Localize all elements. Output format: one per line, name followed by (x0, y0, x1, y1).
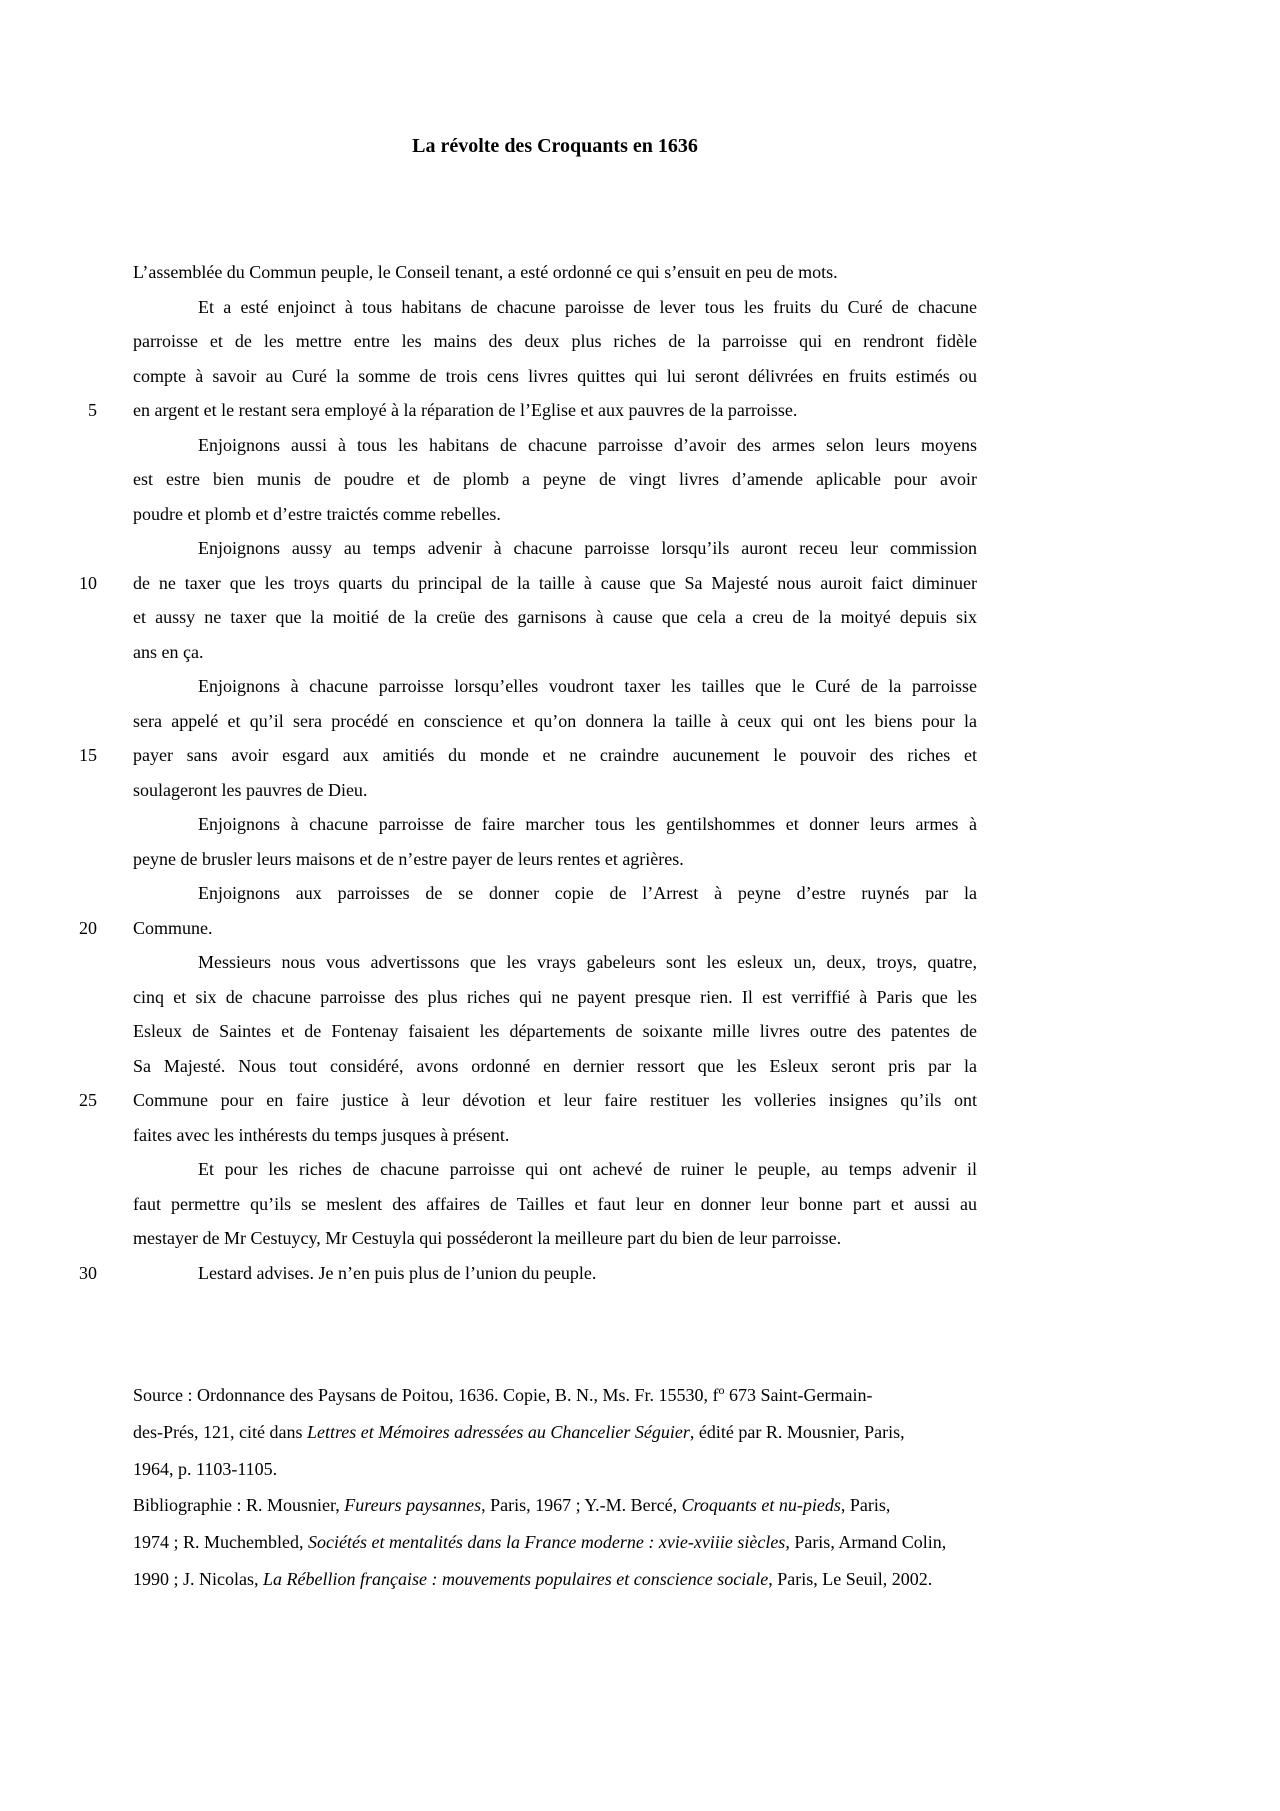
line-text: L’assemblée du Commun peuple, le Conseil… (133, 255, 977, 290)
line-number (60, 324, 133, 359)
text-line: Enjoignons aussi à tous les habitans de … (60, 428, 977, 463)
text-line: 25Commune pour en faire justice à leur d… (60, 1083, 977, 1118)
line-text: parroisse et de les mettre entre les mai… (133, 324, 977, 359)
text-line: et aussy ne taxer que la moitié de la cr… (60, 600, 977, 635)
page-title: La révolte des Croquants en 1636 (133, 134, 977, 158)
citation-text-segment: 1964, p. 1103-1105. (133, 1459, 277, 1479)
source-block: Source : Ordonnance des Paysans de Poito… (133, 1377, 1093, 1488)
line-text: ans en ça. (133, 635, 977, 670)
line-number (60, 497, 133, 532)
text-line: ans en ça. (60, 635, 977, 670)
line-text: compte à savoir au Curé la somme de troi… (133, 359, 977, 394)
line-text: Enjoignons aux parroisses de se donner c… (133, 876, 977, 911)
line-text: Enjoignons à chacune parroisse lorsqu’el… (133, 669, 977, 704)
line-number (60, 842, 133, 877)
text-line: 15payer sans avoir esgard aux amitiés du… (60, 738, 977, 773)
line-text: peyne de brusler leurs maisons et de n’e… (133, 842, 977, 877)
line-text: de ne taxer que les troys quarts du prin… (133, 566, 977, 601)
line-text: faut permettre qu’ils se meslent des aff… (133, 1187, 977, 1222)
text-line: 10de ne taxer que les troys quarts du pr… (60, 566, 977, 601)
citation-text-segment: des-Prés, 121, cité dans (133, 1422, 307, 1442)
citation-text-segment: 673 Saint-Germain- (724, 1385, 872, 1405)
line-text: Enjoignons aussi à tous les habitans de … (133, 428, 977, 463)
line-text: et aussy ne taxer que la moitié de la cr… (133, 600, 977, 635)
line-text: Messieurs nous vous advertissons que les… (133, 945, 977, 980)
text-line: L’assemblée du Commun peuple, le Conseil… (60, 255, 977, 290)
citation-text-segment: , Paris, Le Seuil, 2002. (768, 1569, 932, 1589)
text-line: Enjoignons à chacune parroisse lorsqu’el… (60, 669, 977, 704)
line-number (60, 531, 133, 566)
line-number (60, 428, 133, 463)
line-text: Sa Majesté. Nous tout considéré, avons o… (133, 1049, 977, 1084)
line-number: 15 (60, 738, 133, 773)
line-number (60, 1221, 133, 1256)
line-text: Commune pour en faire justice à leur dév… (133, 1083, 977, 1118)
line-text: mestayer de Mr Cestuycy, Mr Cestuyla qui… (133, 1221, 977, 1256)
body-text: L’assemblée du Commun peuple, le Conseil… (60, 255, 977, 1290)
line-number: 5 (60, 393, 133, 428)
text-line: est estre bien munis de poudre et de plo… (60, 462, 977, 497)
bibliography-block: Bibliographie : R. Mousnier, Fureurs pay… (133, 1487, 1093, 1598)
text-line: 30Lestard advises. Je n’en puis plus de … (60, 1256, 977, 1291)
citation-italic-segment: Croquants et nu-pieds (682, 1495, 841, 1515)
line-text: est estre bien munis de poudre et de plo… (133, 462, 977, 497)
line-number (60, 462, 133, 497)
line-text: Enjoignons aussy au temps advenir à chac… (133, 531, 977, 566)
line-number (60, 945, 133, 980)
line-number (60, 876, 133, 911)
text-line: faites avec les inthérests du temps jusq… (60, 1118, 977, 1153)
line-number (60, 1118, 133, 1153)
line-text: Et a esté enjoinct à tous habitans de ch… (133, 290, 977, 325)
citation-text-segment: Bibliographie : R. Mousnier, (133, 1495, 344, 1515)
line-number (60, 1187, 133, 1222)
text-line: cinq et six de chacune parroisse des plu… (60, 980, 977, 1015)
citation-text-segment: , Paris, 1967 ; Y.-M. Bercé, (481, 1495, 681, 1515)
line-number (60, 1014, 133, 1049)
line-number (60, 1049, 133, 1084)
text-line: sera appelé et qu’il sera procédé en con… (60, 704, 977, 739)
text-line: faut permettre qu’ils se meslent des aff… (60, 1187, 977, 1222)
line-text: payer sans avoir esgard aux amitiés du m… (133, 738, 977, 773)
line-number (60, 290, 133, 325)
text-line: parroisse et de les mettre entre les mai… (60, 324, 977, 359)
text-line: Enjoignons aux parroisses de se donner c… (60, 876, 977, 911)
line-number (60, 359, 133, 394)
text-line: Enjoignons aussy au temps advenir à chac… (60, 531, 977, 566)
line-text: Et pour les riches de chacune parroisse … (133, 1152, 977, 1187)
text-line: poudre et plomb et d’estre traictés comm… (60, 497, 977, 532)
line-number (60, 669, 133, 704)
text-line: Esleux de Saintes et de Fontenay faisaie… (60, 1014, 977, 1049)
text-line: Et pour les riches de chacune parroisse … (60, 1152, 977, 1187)
text-line: 5en argent et le restant sera employé à … (60, 393, 977, 428)
document-page: La révolte des Croquants en 1636 L’assem… (0, 0, 1280, 1811)
citation-line: Bibliographie : R. Mousnier, Fureurs pay… (133, 1487, 1093, 1524)
line-text: Esleux de Saintes et de Fontenay faisaie… (133, 1014, 977, 1049)
citation-text-segment: , Paris, (841, 1495, 891, 1515)
line-number (60, 807, 133, 842)
line-text: poudre et plomb et d’estre traictés comm… (133, 497, 977, 532)
line-text: Commune. (133, 911, 977, 946)
line-text: soulageront les pauvres de Dieu. (133, 773, 977, 808)
line-text: cinq et six de chacune parroisse des plu… (133, 980, 977, 1015)
line-number: 10 (60, 566, 133, 601)
line-number: 25 (60, 1083, 133, 1118)
line-number (60, 255, 133, 290)
citation-text-segment: 1990 ; J. Nicolas, (133, 1569, 263, 1589)
line-text: Enjoignons à chacune parroisse de faire … (133, 807, 977, 842)
citation-text-segment: Source : Ordonnance des Paysans de Poito… (133, 1385, 718, 1405)
line-text: en argent et le restant sera employé à l… (133, 393, 977, 428)
text-line: compte à savoir au Curé la somme de troi… (60, 359, 977, 394)
text-line: Messieurs nous vous advertissons que les… (60, 945, 977, 980)
line-text: sera appelé et qu’il sera procédé en con… (133, 704, 977, 739)
citation-line: Source : Ordonnance des Paysans de Poito… (133, 1377, 1093, 1414)
citation-line: 1990 ; J. Nicolas, La Rébellion français… (133, 1561, 1093, 1598)
citation-italic-segment: Lettres et Mémoires adressées au Chancel… (307, 1422, 690, 1442)
citation-italic-segment: La Rébellion française : mouvements popu… (263, 1569, 768, 1589)
text-line: Et a esté enjoinct à tous habitans de ch… (60, 290, 977, 325)
line-text: faites avec les inthérests du temps jusq… (133, 1118, 977, 1153)
line-number (60, 635, 133, 670)
text-line: Enjoignons à chacune parroisse de faire … (60, 807, 977, 842)
text-line: mestayer de Mr Cestuycy, Mr Cestuyla qui… (60, 1221, 977, 1256)
citation-italic-segment: Fureurs paysannes (344, 1495, 481, 1515)
line-number (60, 600, 133, 635)
line-number (60, 773, 133, 808)
line-number (60, 1152, 133, 1187)
citation-text-segment: 1974 ; R. Muchembled, (133, 1532, 308, 1552)
line-number: 20 (60, 911, 133, 946)
text-line: peyne de brusler leurs maisons et de n’e… (60, 842, 977, 877)
citation-line: 1964, p. 1103-1105. (133, 1451, 1093, 1488)
text-line: soulageront les pauvres de Dieu. (60, 773, 977, 808)
line-number (60, 980, 133, 1015)
citation-line: 1974 ; R. Muchembled, Sociétés et mental… (133, 1524, 1093, 1561)
line-number (60, 704, 133, 739)
text-line: Sa Majesté. Nous tout considéré, avons o… (60, 1049, 977, 1084)
citation-line: des-Prés, 121, cité dans Lettres et Mémo… (133, 1414, 1093, 1451)
line-text: Lestard advises. Je n’en puis plus de l’… (133, 1256, 977, 1291)
citation-text-segment: , édité par R. Mousnier, Paris, (690, 1422, 905, 1442)
citation-italic-segment: Sociétés et mentalités dans la France mo… (308, 1532, 785, 1552)
text-line: 20Commune. (60, 911, 977, 946)
line-number: 30 (60, 1256, 133, 1291)
citation-text-segment: , Paris, Armand Colin, (785, 1532, 946, 1552)
